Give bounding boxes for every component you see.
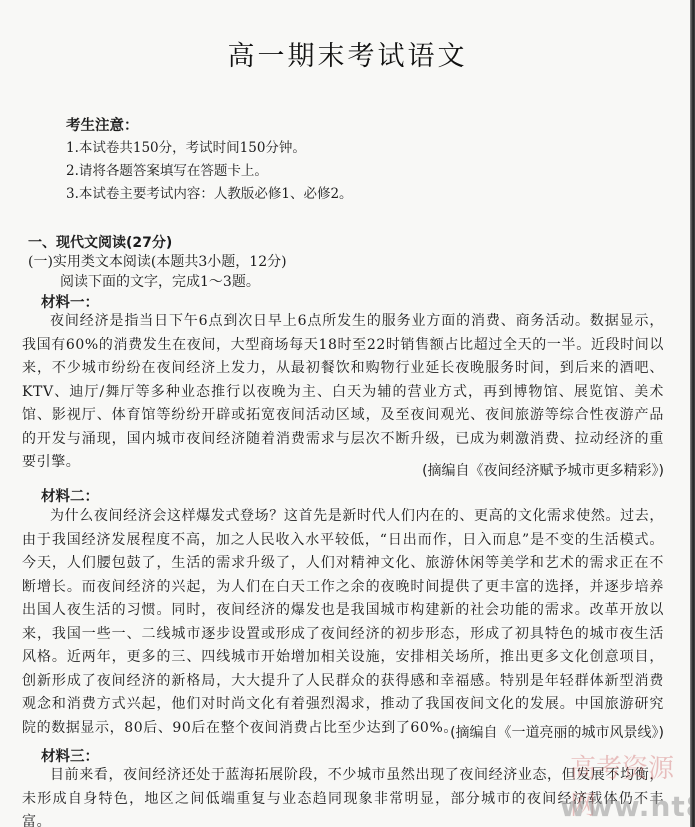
material-2-source: (摘编自《一道亮丽的城市风景线》) [450,722,664,742]
exam-page: 高一期末考试语文 考生注意： 1.本试卷共150分，考试时间150分钟。 2.请… [0,0,690,827]
page-edge-shadow [690,0,695,827]
material-2-heading: 材料二： [41,485,99,506]
material-2-text: 为什么夜间经济会这样爆发式登场？这首先是新时代人们内在的、更高的文化需求使然。过… [22,505,664,740]
reading-instruction: 阅读下面的文字，完成1～3题。 [60,271,260,291]
watermark: www.ht88.com [560,790,695,823]
notice-item: 2.请将各题答案填写在答题卡上。 [66,160,353,183]
material-1-heading: 材料一： [41,291,99,312]
section-heading: 一、现代文阅读(27分) [28,232,172,252]
notice-item: 1.本试卷共150分，考试时间150分钟。 [66,137,353,160]
notice-item: 3.本试卷主要考试内容：人教版必修1、必修2。 [66,183,353,206]
material-1-source: (摘编自《夜间经济赋予城市更多精彩》) [422,460,664,480]
material-3-heading: 材料三： [41,745,99,766]
subsection-heading: (一)实用类文本阅读(本题共3小题，12分) [28,251,287,271]
notice-heading: 考生注意： [66,115,353,138]
page-title: 高一期末考试语文 [0,34,695,73]
candidate-notice: 考生注意： 1.本试卷共150分，考试时间150分钟。 2.请将各题答案填写在答… [66,115,353,206]
material-1-text: 夜间经济是指当日下午6点到次日早上6点所发生的服务业方面的消费、商务活动。数据显… [22,310,664,475]
